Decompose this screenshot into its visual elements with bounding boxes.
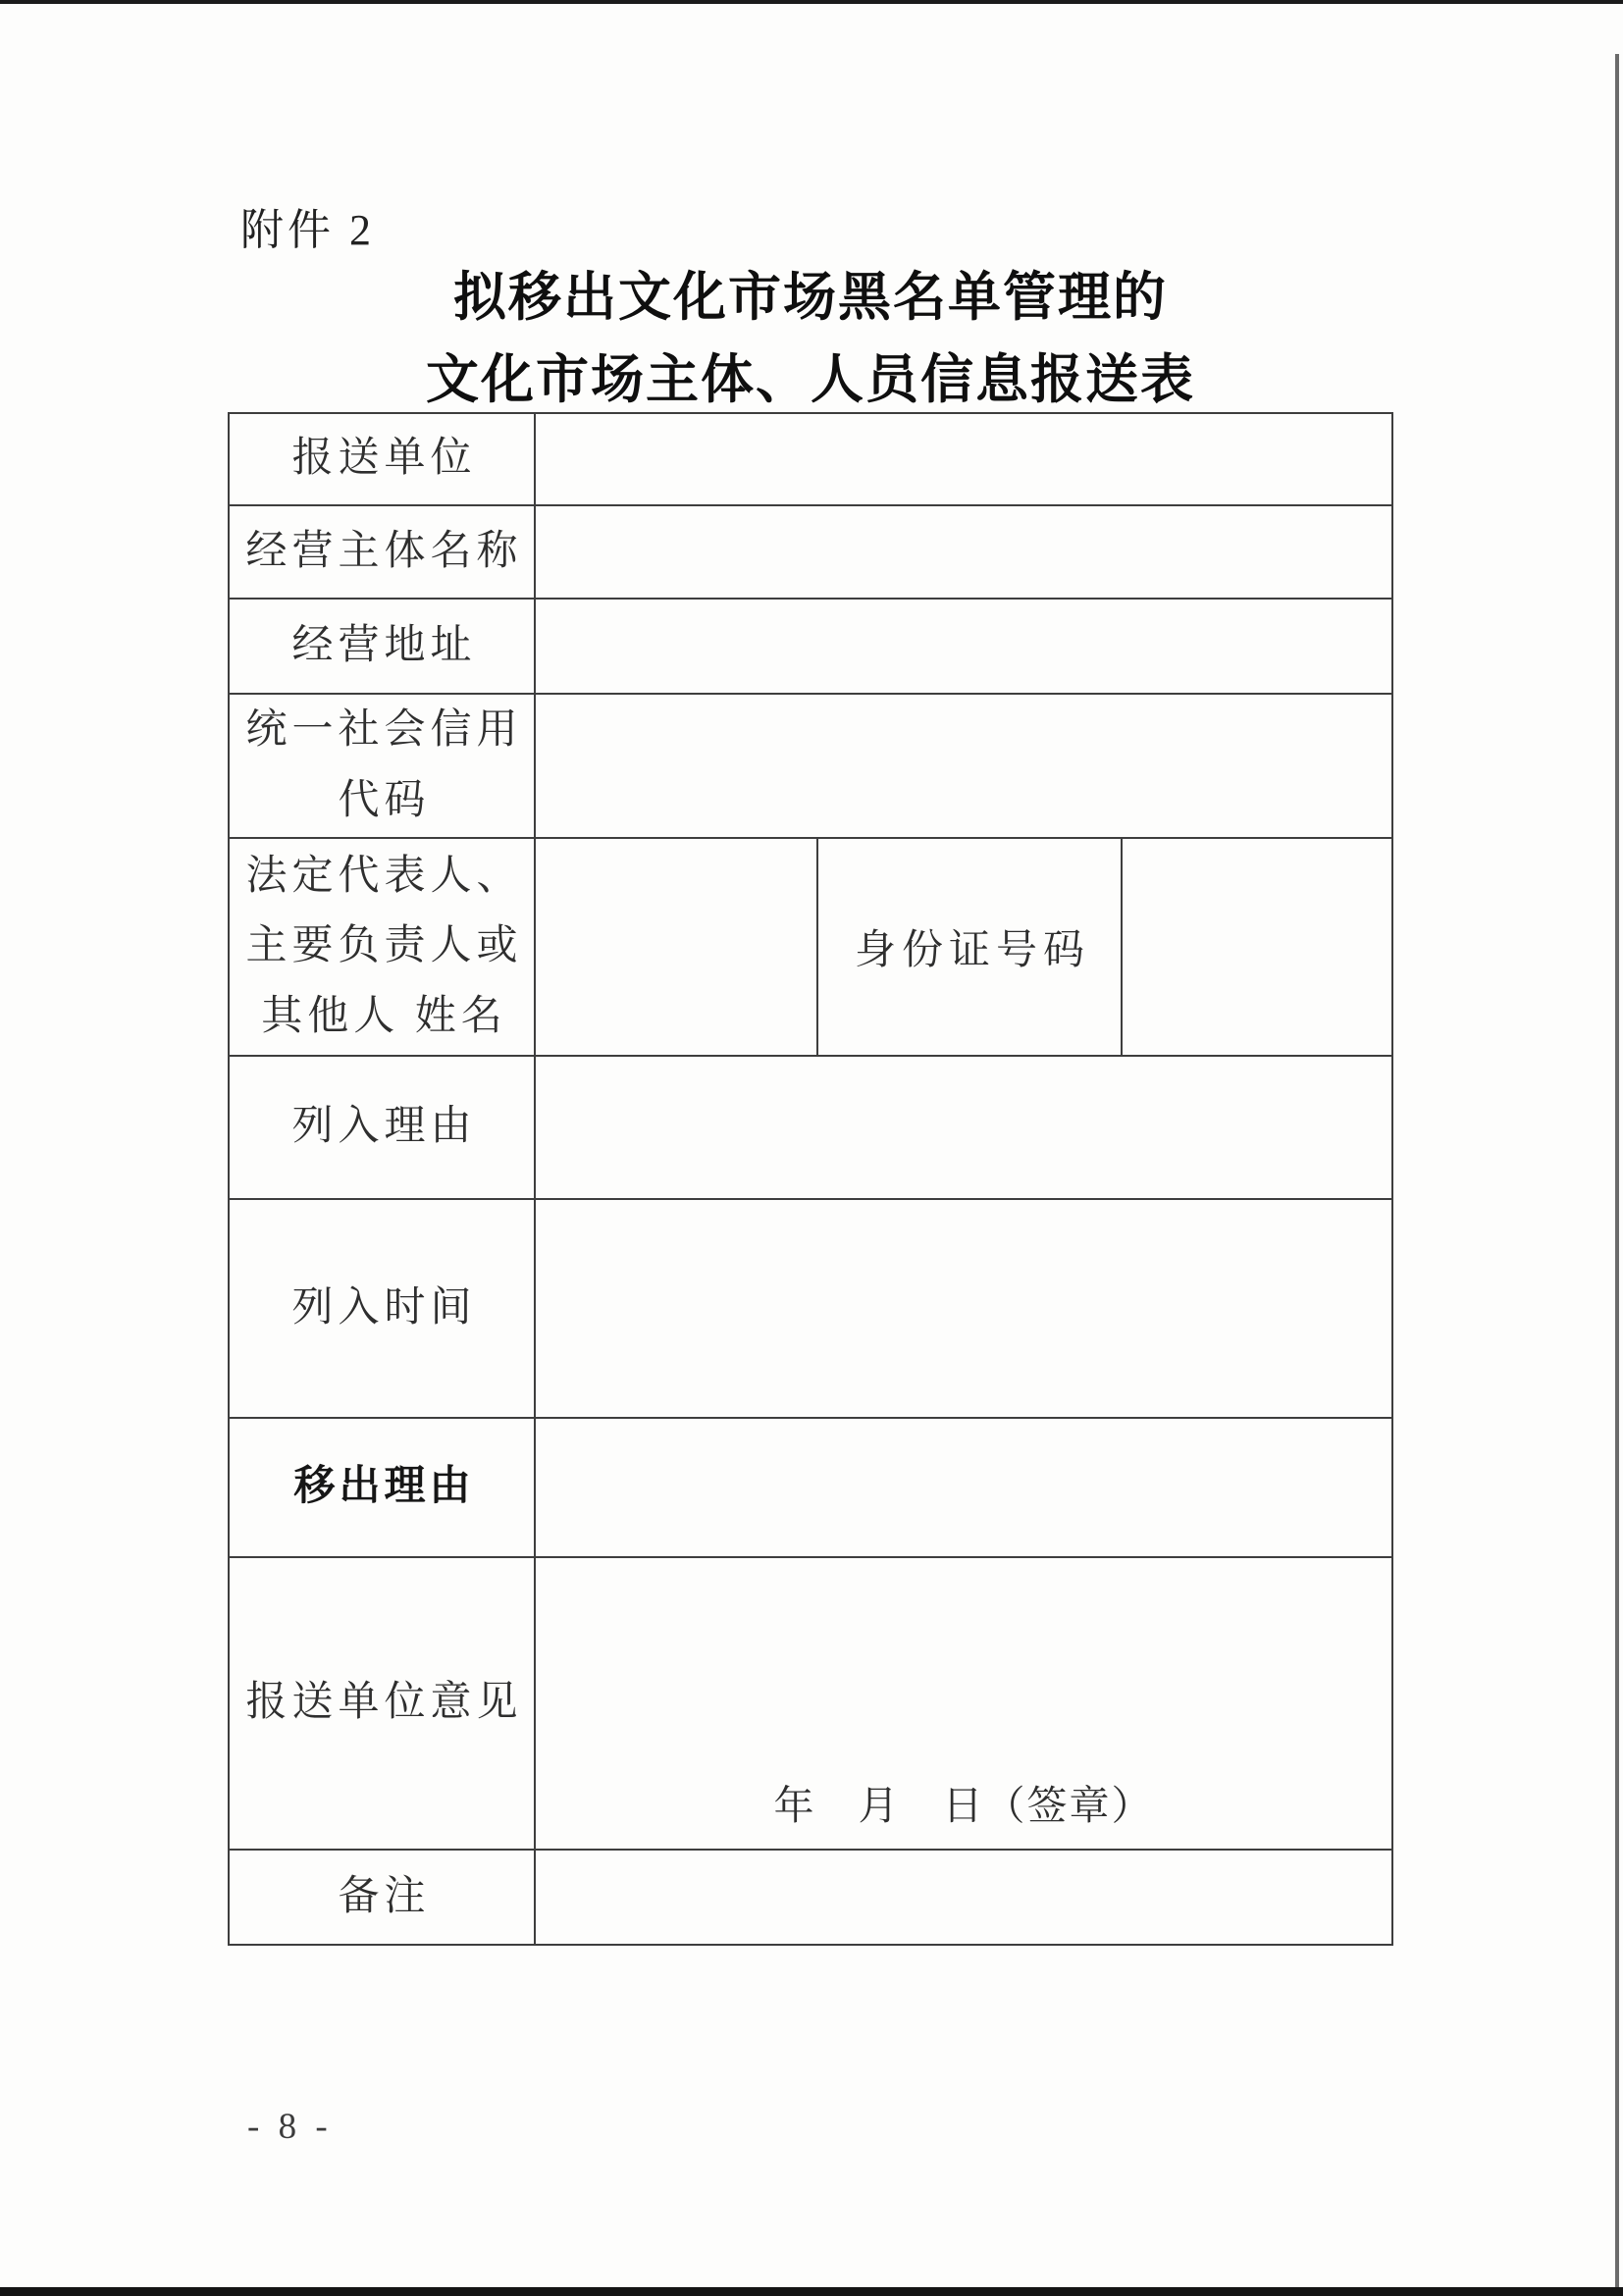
value-cell-submitting-unit-opinion: 年 月 日（签章） — [536, 1558, 1391, 1849]
form-table: 报送单位 经营主体名称 经营地址 统一社会信用 代码 法定代表人 — [228, 412, 1393, 1946]
label-cell-inclusion-reason: 列入理由 — [230, 1057, 536, 1198]
label-inclusion-reason: 列入理由 — [291, 1092, 476, 1162]
value-cell-submitting-unit — [536, 414, 1391, 504]
label-cell-remarks: 备注 — [230, 1851, 536, 1944]
label-legal-representative-line-3: 其他人 姓名 — [261, 982, 507, 1052]
value-cell-inclusion-reason — [536, 1057, 1391, 1198]
row-remarks: 备注 — [230, 1851, 1391, 1944]
label-business-address: 经营地址 — [291, 611, 476, 681]
value-cell-representative-name — [536, 839, 818, 1055]
value-cell-inclusion-time — [536, 1200, 1391, 1417]
value-cell-removal-reason — [536, 1419, 1391, 1556]
row-unified-social-credit-code: 统一社会信用 代码 — [230, 695, 1391, 839]
page-number: - 8 - — [247, 2106, 333, 2148]
label-submitting-unit: 报送单位 — [291, 424, 476, 494]
row-removal-reason: 移出理由 — [230, 1419, 1391, 1558]
row-business-entity-name: 经营主体名称 — [230, 506, 1391, 600]
form-title-line-2: 文化市场主体、人员信息报送表 — [228, 338, 1393, 413]
value-cell-id-number — [1123, 839, 1391, 1055]
value-cell-business-address — [536, 600, 1391, 693]
row-inclusion-time: 列入时间 — [230, 1200, 1391, 1419]
label-id-number: 身份证号码 — [855, 917, 1090, 976]
row-submitting-unit: 报送单位 — [230, 414, 1391, 506]
value-cell-business-entity-name — [536, 506, 1391, 598]
label-business-entity-name: 经营主体名称 — [245, 517, 522, 587]
row-business-address: 经营地址 — [230, 600, 1391, 695]
label-cell-submitting-unit: 报送单位 — [230, 414, 536, 504]
label-cell-id-number: 身份证号码 — [818, 839, 1123, 1055]
signature-date-line: 年 月 日（签章） — [774, 1773, 1154, 1831]
label-unified-social-credit-code-line-1: 统一社会信用 — [245, 696, 522, 765]
row-submitting-unit-opinion: 报送单位意见 年 月 日（签章） — [230, 1558, 1391, 1851]
label-removal-reason: 移出理由 — [293, 1452, 474, 1522]
scanned-document-page: 附件 2 拟移出文化市场黑名单管理的 文化市场主体、人员信息报送表 报送单位 经… — [0, 0, 1623, 2296]
row-inclusion-reason: 列入理由 — [230, 1057, 1391, 1200]
label-remarks: 备注 — [338, 1862, 430, 1932]
value-cell-unified-social-credit-code — [536, 695, 1391, 837]
label-cell-legal-representative: 法定代表人、 主要负责人或 其他人 姓名 — [230, 839, 536, 1055]
label-unified-social-credit-code-line-2: 代码 — [338, 766, 430, 836]
scan-edge-bottom — [0, 2287, 1623, 2296]
label-cell-business-entity-name: 经营主体名称 — [230, 506, 536, 598]
attachment-label: 附件 2 — [240, 194, 375, 257]
label-cell-inclusion-time: 列入时间 — [230, 1200, 536, 1417]
label-cell-business-address: 经营地址 — [230, 600, 536, 693]
label-cell-unified-social-credit-code: 统一社会信用 代码 — [230, 695, 536, 837]
label-cell-submitting-unit-opinion: 报送单位意见 — [230, 1558, 536, 1849]
row-legal-representative: 法定代表人、 主要负责人或 其他人 姓名 身份证号码 — [230, 839, 1391, 1057]
label-submitting-unit-opinion: 报送单位意见 — [245, 1668, 522, 1738]
form-title-line-1: 拟移出文化市场黑名单管理的 — [228, 255, 1393, 331]
label-legal-representative-line-1: 法定代表人、 — [245, 842, 522, 912]
label-inclusion-time: 列入时间 — [291, 1274, 476, 1343]
scan-edge-top — [0, 0, 1623, 4]
label-cell-removal-reason: 移出理由 — [230, 1419, 536, 1556]
label-legal-representative-line-2: 主要负责人或 — [245, 912, 522, 981]
scan-edge-right — [1615, 54, 1619, 2287]
value-cell-remarks — [536, 1851, 1391, 1944]
